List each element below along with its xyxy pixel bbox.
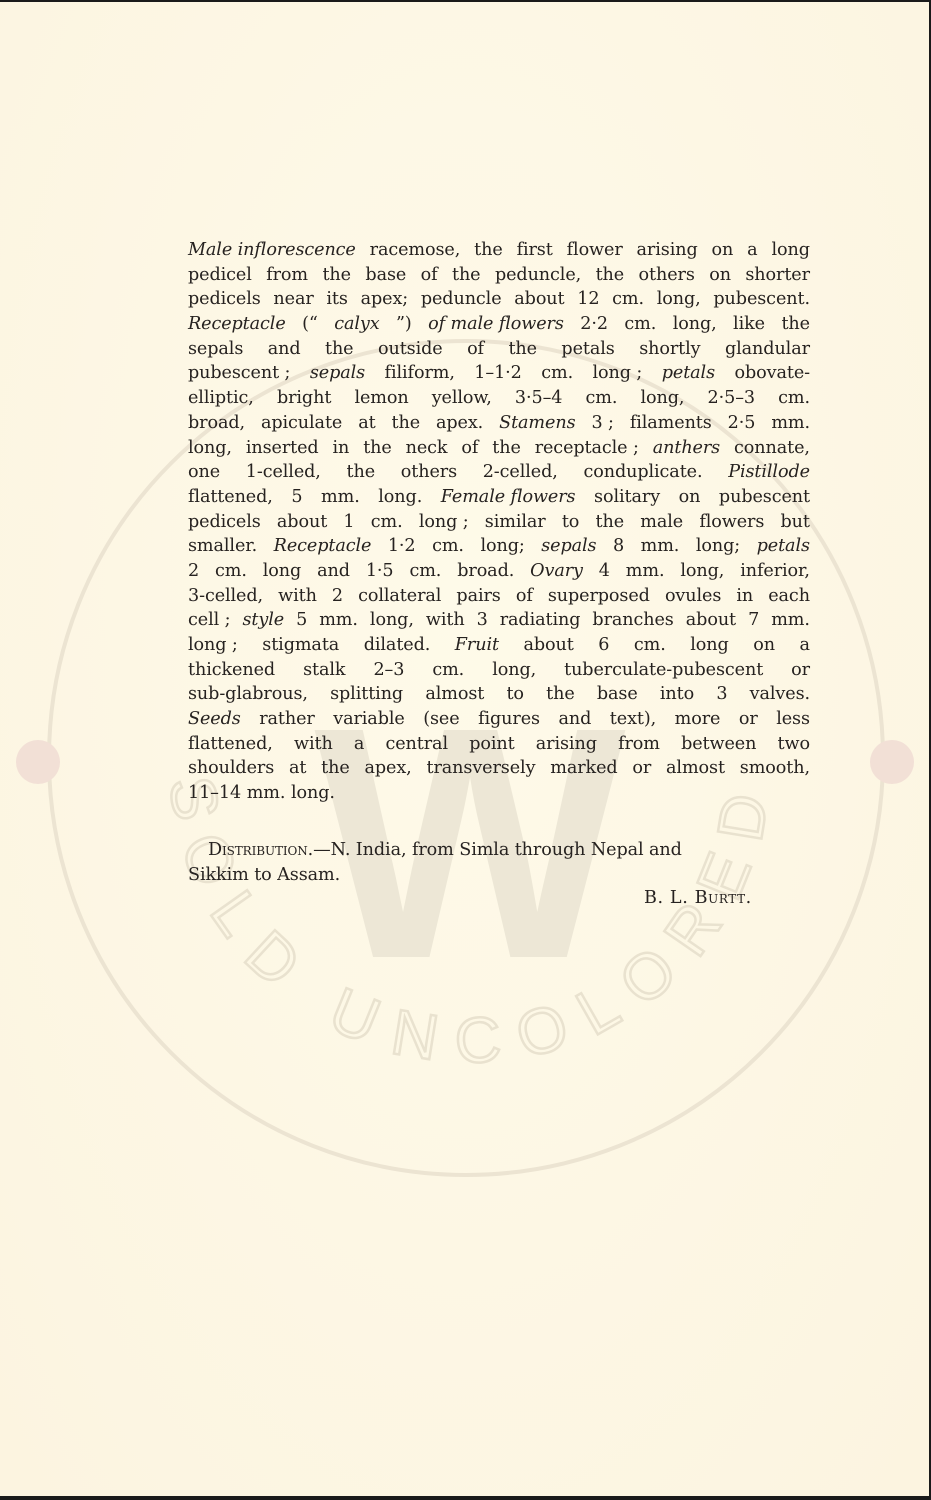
word: cm. bbox=[634, 633, 666, 658]
word: racemose, bbox=[370, 238, 461, 263]
word: mm. bbox=[771, 608, 810, 633]
word: of bbox=[516, 584, 533, 609]
text-line: shouldersattheapex,transverselymarkedora… bbox=[188, 756, 810, 781]
italic-term: Pistillode bbox=[728, 460, 810, 485]
word: smaller. bbox=[188, 534, 257, 559]
word: long bbox=[263, 559, 301, 584]
word: 3-celled, bbox=[188, 584, 263, 609]
text-line: elliptic,brightlemonyellow,3·5–4cm.long,… bbox=[188, 386, 810, 411]
word: base bbox=[597, 682, 638, 707]
word: rather bbox=[259, 707, 315, 732]
word: transversely bbox=[427, 756, 536, 781]
word: pubescent. bbox=[713, 287, 810, 312]
word: about bbox=[523, 633, 573, 658]
text-line: Male inflorescenceracemose,thefirstflowe… bbox=[188, 238, 810, 263]
word: the bbox=[781, 312, 810, 337]
word: with bbox=[426, 608, 465, 633]
word: cm. bbox=[541, 361, 573, 386]
word: long ; bbox=[593, 361, 643, 386]
word: mm. bbox=[247, 781, 286, 806]
word: 3 bbox=[477, 608, 488, 633]
word: with bbox=[294, 732, 333, 757]
word: 8 bbox=[613, 534, 624, 559]
italic-term: style bbox=[242, 608, 284, 633]
word: neck bbox=[406, 436, 448, 461]
word: and bbox=[268, 337, 301, 362]
word: splitting bbox=[330, 682, 403, 707]
word: less bbox=[776, 707, 810, 732]
word: in bbox=[736, 584, 753, 609]
word: 6 bbox=[598, 633, 609, 658]
word: from bbox=[266, 263, 308, 288]
distribution-line-2: Sikkim to Assam. bbox=[188, 863, 810, 888]
document-page: W SOLD UNCOLORED Male inflorescenceracem… bbox=[0, 2, 929, 1496]
italic-term: petals bbox=[662, 361, 715, 386]
word: 1 bbox=[343, 510, 354, 535]
word: 5 bbox=[291, 485, 302, 510]
word: 4 bbox=[599, 559, 610, 584]
word: of bbox=[461, 436, 478, 461]
word: 7 bbox=[748, 608, 759, 633]
word: and bbox=[317, 559, 350, 584]
word: the bbox=[492, 436, 521, 461]
text-line: pubescent ;sepalsfiliform,1–1·2cm.long ;… bbox=[188, 361, 810, 386]
word: inferior, bbox=[740, 559, 810, 584]
italic-term: calyx bbox=[334, 312, 379, 337]
word: ovules bbox=[665, 584, 721, 609]
word: long ; bbox=[188, 633, 238, 658]
word: 3 ; bbox=[591, 411, 613, 436]
word: petals bbox=[561, 337, 614, 362]
word: broad, bbox=[188, 411, 245, 436]
word: flowers bbox=[699, 510, 764, 535]
text-line: sub-glabrous,splittingalmosttothebaseint… bbox=[188, 682, 810, 707]
word: long, bbox=[492, 658, 536, 683]
word: branches bbox=[592, 608, 673, 633]
word: 1·2 bbox=[388, 534, 416, 559]
word: apex; bbox=[361, 287, 409, 312]
word: tuberculate-pubescent bbox=[564, 658, 763, 683]
word: 12 bbox=[577, 287, 599, 312]
word: one bbox=[188, 460, 220, 485]
word: with bbox=[278, 584, 317, 609]
distribution-text-2: Sikkim to Assam. bbox=[188, 863, 340, 888]
word: point bbox=[469, 732, 514, 757]
word: the bbox=[392, 411, 421, 436]
word: long, bbox=[673, 312, 717, 337]
word: lemon bbox=[354, 386, 408, 411]
text-line: 3-celled,with2collateralpairsofsuperpose… bbox=[188, 584, 810, 609]
text-line: thickenedstalk2–3cm.long,tuberculate-pub… bbox=[188, 658, 810, 683]
word: cm. bbox=[778, 386, 810, 411]
word: cm. bbox=[215, 559, 247, 584]
text-line: flattened,withacentralpointarisingfrombe… bbox=[188, 732, 810, 757]
text-line: pedicelsabout1cm.long ;similartothemalef… bbox=[188, 510, 810, 535]
word: cm. bbox=[432, 658, 464, 683]
text-line: 2cm.longand1·5cm.broad.Ovary4mm.long,inf… bbox=[188, 559, 810, 584]
text-line: pedicelsnearitsapex;peduncleabout12cm.lo… bbox=[188, 287, 810, 312]
word: 11–14 bbox=[188, 781, 241, 806]
word: pubescent ; bbox=[188, 361, 290, 386]
word: 2-celled, bbox=[483, 460, 558, 485]
word: cm. bbox=[371, 510, 403, 535]
word: on bbox=[709, 263, 731, 288]
word: long ; bbox=[419, 510, 469, 535]
word: the bbox=[596, 510, 625, 535]
distribution-text: —N. India, from Simla through Nepal and bbox=[313, 840, 682, 860]
word: between bbox=[681, 732, 756, 757]
word: bright bbox=[277, 386, 331, 411]
word: outside bbox=[378, 337, 443, 362]
word: the bbox=[596, 263, 625, 288]
word: similar bbox=[485, 510, 546, 535]
word: yellow, bbox=[432, 386, 492, 411]
word: 1–1·2 bbox=[474, 361, 521, 386]
word: pairs bbox=[456, 584, 500, 609]
word: dilated. bbox=[364, 633, 431, 658]
word: the bbox=[508, 337, 537, 362]
word: a bbox=[799, 633, 809, 658]
word: almost bbox=[425, 682, 484, 707]
word: 1-celled, bbox=[246, 460, 321, 485]
svg-text:SOLD UNCOLORED: SOLD UNCOLORED bbox=[155, 767, 785, 1077]
word: or bbox=[632, 756, 651, 781]
italic-term: petals bbox=[757, 534, 810, 559]
word: long. bbox=[378, 485, 422, 510]
word: cm. bbox=[409, 559, 441, 584]
word: in bbox=[333, 436, 350, 461]
word: peduncle bbox=[421, 287, 502, 312]
word: stigmata bbox=[262, 633, 339, 658]
word: at bbox=[358, 411, 375, 436]
italic-term: Fruit bbox=[455, 633, 499, 658]
word: long, bbox=[657, 287, 701, 312]
distribution-line-1: Distribution.—N. India, from Simla throu… bbox=[188, 838, 810, 863]
word: 2·5–3 bbox=[708, 386, 755, 411]
word: 5 bbox=[296, 608, 307, 633]
word: each bbox=[768, 584, 810, 609]
author-signature: B. L. Burtt. bbox=[644, 888, 752, 908]
word: mm. bbox=[771, 411, 810, 436]
word: marked bbox=[550, 756, 617, 781]
word: sub-glabrous, bbox=[188, 682, 308, 707]
word: long; bbox=[480, 534, 524, 559]
word: almost bbox=[666, 756, 725, 781]
word: variable bbox=[333, 707, 404, 732]
word: central bbox=[385, 732, 448, 757]
word: shorter bbox=[745, 263, 810, 288]
word: the bbox=[474, 238, 503, 263]
word: male bbox=[640, 510, 683, 535]
word: mm. bbox=[321, 485, 360, 510]
word: 3·5–4 bbox=[515, 386, 562, 411]
word: cm. bbox=[612, 287, 644, 312]
word: 1·5 bbox=[366, 559, 394, 584]
word: long, bbox=[680, 559, 724, 584]
word: 2 bbox=[188, 559, 199, 584]
text-line: one1-celled,theothers2-celled,conduplica… bbox=[188, 460, 810, 485]
word: inserted bbox=[246, 436, 319, 461]
italic-term: Receptacle bbox=[188, 312, 286, 337]
word: like bbox=[733, 312, 765, 337]
word: the bbox=[322, 263, 351, 288]
italic-term: Seeds bbox=[188, 707, 241, 732]
word: filaments bbox=[630, 411, 712, 436]
word: mm. bbox=[641, 534, 680, 559]
word: the bbox=[546, 682, 575, 707]
word: or bbox=[739, 707, 758, 732]
distribution-label: Distribution. bbox=[208, 840, 313, 860]
word: long; bbox=[696, 534, 740, 559]
text-line: cell ;style5mm.long,with3radiatingbranch… bbox=[188, 608, 810, 633]
word: flower bbox=[567, 238, 623, 263]
word: arising bbox=[637, 238, 698, 263]
italic-term: Stamens bbox=[499, 411, 575, 436]
word: elliptic, bbox=[188, 386, 254, 411]
word: about bbox=[686, 608, 736, 633]
word: broad. bbox=[457, 559, 514, 584]
word: the bbox=[363, 436, 392, 461]
word: radiating bbox=[500, 608, 581, 633]
word: ”) bbox=[396, 312, 412, 337]
italic-term: Ovary bbox=[530, 559, 583, 584]
word: cm. bbox=[624, 312, 656, 337]
word: from bbox=[618, 732, 660, 757]
word: base bbox=[365, 263, 406, 288]
word: 3 bbox=[716, 682, 727, 707]
word: about bbox=[514, 287, 564, 312]
text-line: Seedsrathervariable(seefiguresandtext),m… bbox=[188, 707, 810, 732]
distribution-section: Distribution.—N. India, from Simla throu… bbox=[188, 838, 810, 887]
word: on bbox=[753, 633, 775, 658]
watermark-ring-text: SOLD UNCOLORED bbox=[155, 767, 785, 1077]
word: or bbox=[791, 658, 810, 683]
word: thickened bbox=[188, 658, 275, 683]
watermark-dot-right bbox=[870, 740, 914, 784]
word: to bbox=[562, 510, 579, 535]
word: of bbox=[421, 263, 438, 288]
italic-term: anthers bbox=[653, 436, 720, 461]
word: long bbox=[690, 633, 728, 658]
word: the bbox=[325, 337, 354, 362]
word: shortly bbox=[639, 337, 700, 362]
word: figures bbox=[478, 707, 540, 732]
word: pedicels bbox=[188, 287, 261, 312]
italic-term: Female flowers bbox=[441, 485, 576, 510]
word: flattened, bbox=[188, 485, 273, 510]
word: apiculate bbox=[261, 411, 342, 436]
word: long, bbox=[640, 386, 684, 411]
word: the bbox=[347, 460, 376, 485]
word: a bbox=[354, 732, 364, 757]
word: filiform, bbox=[385, 361, 455, 386]
word: solitary bbox=[594, 485, 660, 510]
word: mm. bbox=[626, 559, 665, 584]
word: pedicels bbox=[188, 510, 261, 535]
word: long bbox=[771, 238, 809, 263]
word: others bbox=[401, 460, 457, 485]
word: sepals bbox=[188, 337, 243, 362]
word: apex, bbox=[365, 756, 412, 781]
word: its bbox=[326, 287, 347, 312]
text-line: flattened,5mm.long.Female flowerssolitar… bbox=[188, 485, 810, 510]
word: flattened, bbox=[188, 732, 273, 757]
word: obovate- bbox=[734, 361, 810, 386]
italic-term: sepals bbox=[310, 361, 365, 386]
word: and bbox=[558, 707, 591, 732]
word: stalk bbox=[303, 658, 345, 683]
text-line: Receptacle(“calyx”)of male flowers2·2cm.… bbox=[188, 312, 810, 337]
word: on bbox=[712, 238, 734, 263]
italic-term: of male flowers bbox=[428, 312, 564, 337]
word: (“ bbox=[302, 312, 318, 337]
word: into bbox=[660, 682, 694, 707]
word: receptacle ; bbox=[535, 436, 639, 461]
text-line: 11–14mm.long. bbox=[188, 781, 810, 806]
word: text), bbox=[610, 707, 656, 732]
word: near bbox=[273, 287, 313, 312]
word: shoulders bbox=[188, 756, 274, 781]
word: glandular bbox=[725, 337, 810, 362]
italic-term: Receptacle bbox=[274, 534, 372, 559]
text-line: long,insertedintheneckofthereceptacle ;a… bbox=[188, 436, 810, 461]
text-line: pedicelfromthebaseofthepeduncle,theother… bbox=[188, 263, 810, 288]
word: more bbox=[675, 707, 721, 732]
word: first bbox=[517, 238, 553, 263]
word: a bbox=[747, 238, 757, 263]
text-line: smaller.Receptacle1·2cm.long;sepals8mm.l… bbox=[188, 534, 810, 559]
word: 2·5 bbox=[728, 411, 756, 436]
word: cell ; bbox=[188, 608, 230, 633]
word: apex. bbox=[436, 411, 483, 436]
word: others bbox=[639, 263, 695, 288]
word: valves. bbox=[750, 682, 810, 707]
word: about bbox=[277, 510, 327, 535]
italic-term: Male inflorescence bbox=[188, 238, 356, 263]
word: the bbox=[452, 263, 481, 288]
word: cm. bbox=[586, 386, 618, 411]
word: mm. bbox=[319, 608, 358, 633]
watermark-dot-left bbox=[16, 740, 60, 784]
word: of bbox=[467, 337, 484, 362]
word: but bbox=[781, 510, 810, 535]
word: pubescent bbox=[719, 485, 810, 510]
word: to bbox=[506, 682, 523, 707]
word: 2 bbox=[332, 584, 343, 609]
word: cm. bbox=[432, 534, 464, 559]
word: long, bbox=[370, 608, 414, 633]
word: on bbox=[679, 485, 701, 510]
word: conduplicate. bbox=[583, 460, 702, 485]
word: arising bbox=[536, 732, 597, 757]
text-line: broad,apiculateattheapex.Stamens3 ;filam… bbox=[188, 411, 810, 436]
word: 2–3 bbox=[373, 658, 404, 683]
word: connate, bbox=[734, 436, 810, 461]
word: pedicel bbox=[188, 263, 252, 288]
word: superposed bbox=[548, 584, 650, 609]
word: two bbox=[778, 732, 810, 757]
word: long. bbox=[291, 781, 335, 806]
word: collateral bbox=[358, 584, 441, 609]
word: (see bbox=[423, 707, 459, 732]
text-line: sepalsandtheoutsideofthepetalsshortlygla… bbox=[188, 337, 810, 362]
word: 2·2 bbox=[580, 312, 608, 337]
italic-term: sepals bbox=[541, 534, 596, 559]
word: peduncle, bbox=[495, 263, 581, 288]
word: at bbox=[289, 756, 306, 781]
word: long, bbox=[188, 436, 232, 461]
word: smooth, bbox=[740, 756, 810, 781]
species-description: Male inflorescenceracemose,thefirstflowe… bbox=[188, 238, 810, 806]
word: the bbox=[321, 756, 350, 781]
text-line: long ;stigmatadilated.Fruitabout6cm.long… bbox=[188, 633, 810, 658]
